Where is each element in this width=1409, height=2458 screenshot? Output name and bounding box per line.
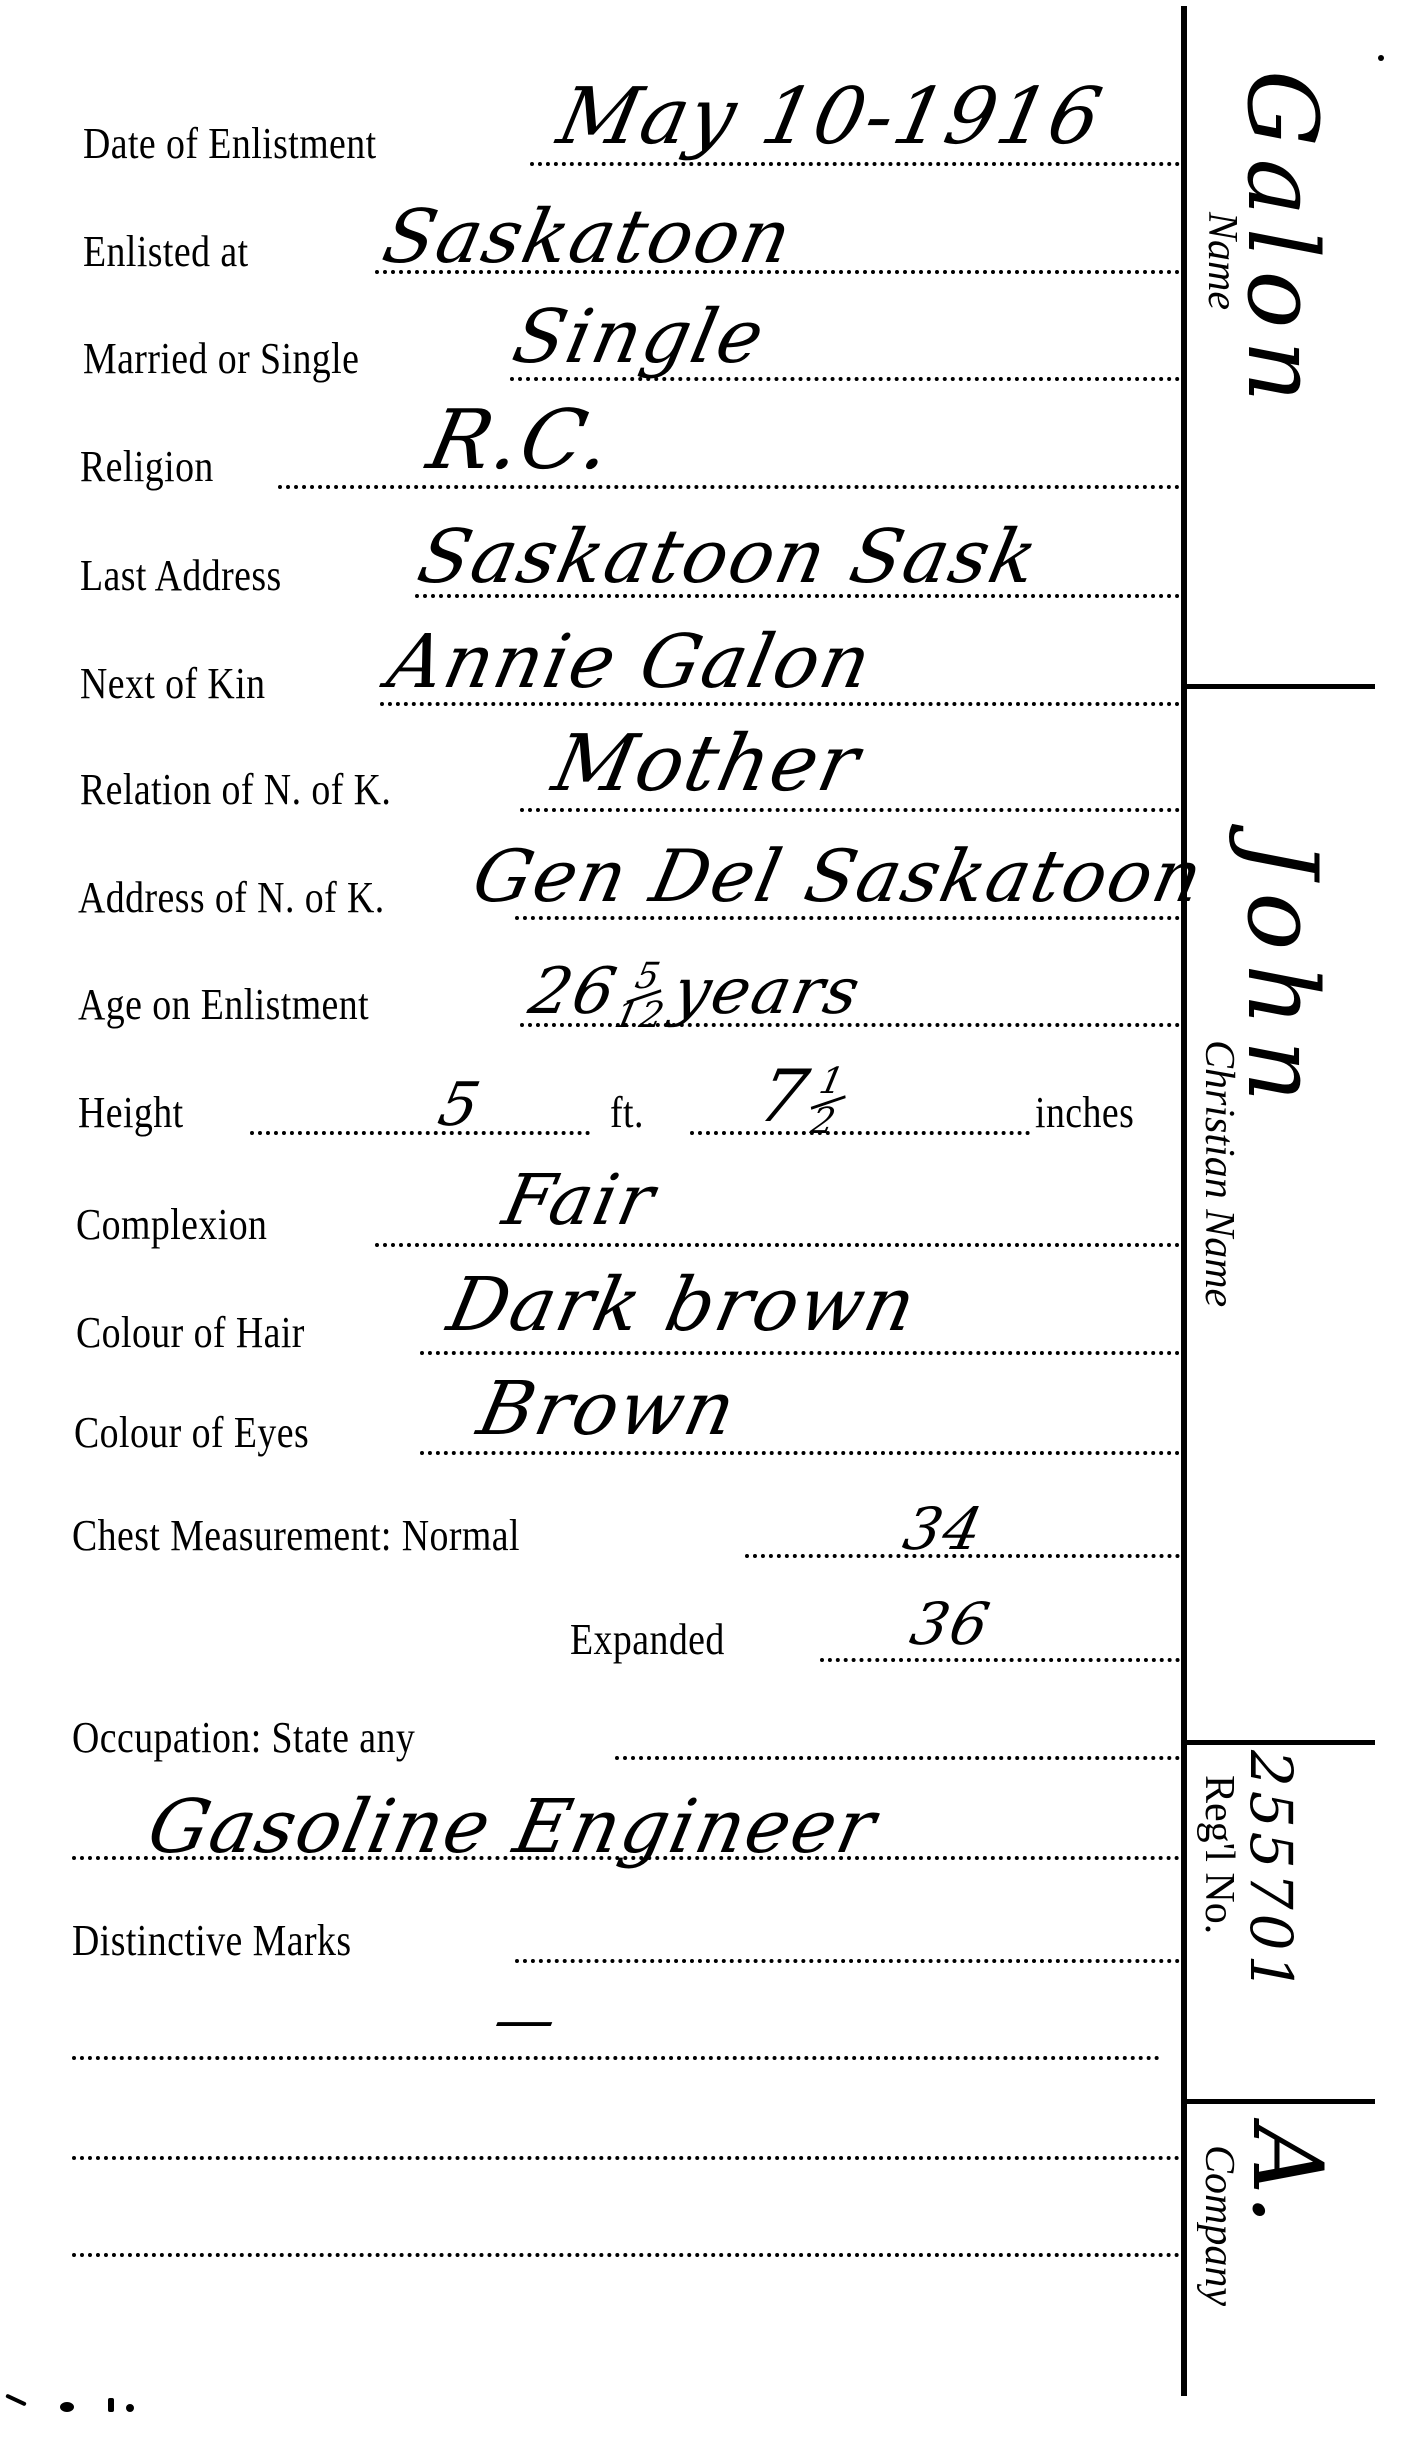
inches-fraction-numerator: 1 [816, 1066, 848, 1098]
side-value-surname: Galon [1234, 70, 1330, 414]
handwritten-eyes-value: Brown [472, 1372, 743, 1446]
separator-regtl-no [1183, 2099, 1375, 2104]
field-label: Date of Enlistment [83, 122, 377, 166]
handwritten-address-nok-value: Gen Del Saskatoon [467, 840, 1210, 912]
dotted-line [72, 2056, 1160, 2060]
field-chest-expanded: Expanded [0, 1602, 1180, 1662]
handwritten-relation-value: Mother [547, 725, 867, 803]
handwritten-next-of-kin-value: Annie Galon [382, 625, 879, 699]
field-chest-normal: Chest Measurement: Normal [0, 1498, 1180, 1558]
handwritten-last-address-value: Saskatoon Sask [412, 520, 1045, 594]
scan-speck [108, 2398, 114, 2412]
handwritten-occupation-value: Gasoline Engineer [142, 1790, 883, 1864]
feet-label: ft. [610, 1091, 644, 1135]
dotted-line [530, 162, 1180, 166]
dotted-line [278, 485, 1180, 489]
dotted-line [515, 1959, 1180, 1963]
field-label: Married or Single [83, 337, 359, 381]
dotted-line [375, 1243, 1180, 1247]
scan-speck [60, 2402, 74, 2412]
handwritten-height-inches-value: 712 [752, 1060, 858, 1138]
field-label: Occupation: State any [72, 1716, 415, 1760]
field-label: Last Address [80, 554, 282, 598]
dotted-line [820, 1658, 1180, 1662]
field-label: Colour of Eyes [74, 1411, 309, 1455]
handwritten-hair-value: Dark brown [442, 1268, 923, 1342]
field-label: Age on Enlistment [78, 983, 369, 1027]
dotted-line [72, 2156, 1180, 2160]
field-label: Height [78, 1091, 184, 1135]
handwritten-religion-value: R.C. [421, 400, 620, 482]
separator-name [1183, 684, 1375, 689]
age-fraction-denominator: 12 [612, 1000, 669, 1032]
field-label: Relation of N. of K. [80, 768, 391, 812]
handwritten-enlisted-at-value: Saskatoon [377, 200, 799, 274]
separator-christian-name [1183, 1740, 1375, 1745]
attestation-card: Date of Enlistment May 10-1916 Enlisted … [0, 0, 1409, 2458]
field-label: Complexion [76, 1203, 267, 1247]
handwritten-marital-value: Single [507, 300, 772, 374]
scan-speck [1378, 55, 1384, 61]
handwritten-complexion-value: Fair [498, 1165, 662, 1235]
handwritten-chest-expanded-value: 36 [906, 1595, 996, 1653]
field-label: Enlisted at [83, 230, 249, 274]
age-fraction-numerator: 5 [633, 961, 665, 993]
age-unit: years [666, 955, 867, 1029]
scan-speck [5, 2394, 27, 2407]
blank-line-2 [0, 2100, 1180, 2160]
field-label: Chest Measurement: Normal [72, 1514, 520, 1558]
field-label: Expanded [570, 1618, 725, 1662]
field-label: Next of Kin [80, 662, 265, 706]
dotted-line [72, 2253, 1180, 2257]
handwritten-age-value: 26512years [522, 960, 866, 1032]
column-divider [1181, 6, 1187, 2396]
field-label: Religion [80, 445, 214, 489]
dotted-line [420, 1351, 1180, 1355]
age-whole: 26 [523, 955, 624, 1029]
dotted-line [615, 1756, 1180, 1760]
field-occupation: Occupation: State any [0, 1700, 1180, 1760]
side-value-company: A. [1239, 2125, 1335, 2225]
dotted-line-feet [250, 1131, 590, 1135]
side-value-regtl-no: 255701 [1242, 1750, 1300, 1995]
dotted-line-inches [690, 1131, 1030, 1135]
handwritten-date-value: May 10-1916 [552, 78, 1110, 156]
inches-fraction-denominator: 2 [808, 1106, 840, 1138]
blank-line-3 [0, 2197, 1180, 2257]
blank-line-1 [0, 2000, 1160, 2060]
field-distinctive-marks: Distinctive Marks [0, 1903, 1180, 1963]
field-label: Distinctive Marks [72, 1919, 352, 1963]
inches-label: inches [1035, 1091, 1134, 1135]
field-label: Address of N. of K. [78, 876, 385, 920]
field-label: Colour of Hair [76, 1311, 305, 1355]
handwritten-chest-normal-value: 34 [899, 1500, 989, 1558]
side-label-regtl-no: Reg'l No. [1198, 1775, 1240, 1934]
field-height: Height ft. inches [0, 1075, 1180, 1135]
scan-speck [126, 2404, 134, 2412]
side-value-christian-name: John [1234, 840, 1330, 1116]
